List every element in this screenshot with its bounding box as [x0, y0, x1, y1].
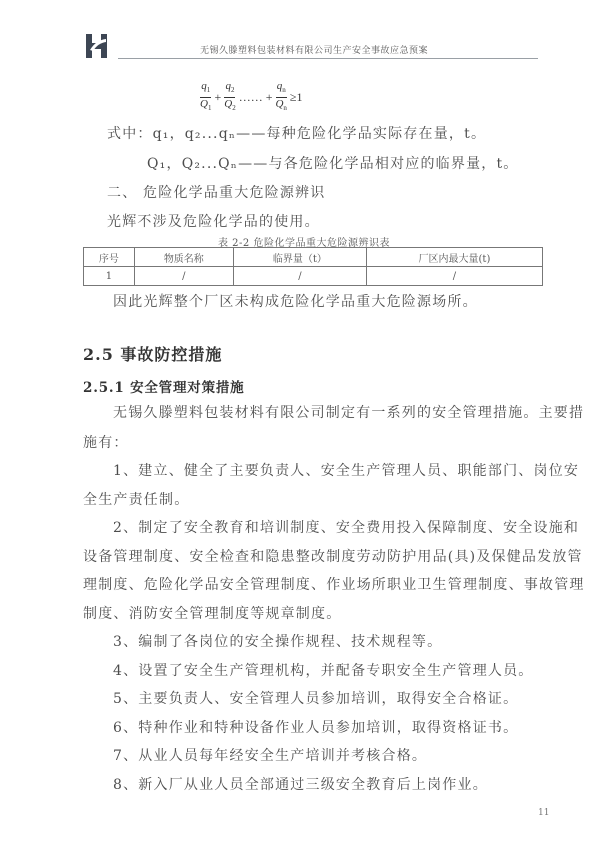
list-item-continuation: 理制度、危险化学品安全管理制度、作业场所职业卫生管理制度、事故管理	[83, 575, 585, 595]
table-header-cell: 厂区内最大量(t)	[366, 248, 542, 267]
definition-q: 式中：q₁，q₂...qₙ——每种危险化学品实际存在量，t。	[107, 124, 486, 144]
page-number: 11	[538, 808, 549, 818]
document-header-title: 无锡久滕塑料包装材料有限公司生产安全事故应急预案	[200, 43, 428, 56]
critical-quantity-formula: q1 Q1 + q2 Q2 …… + qn Qn ≥1	[200, 80, 303, 115]
table-header-row: 序号 物质名称 临界量（t） 厂区内最大量(t)	[84, 248, 543, 267]
list-item-continuation: 设备管理制度、安全检查和隐患整改制度劳动防护用品(具)及保健品发放管	[83, 547, 583, 567]
list-item-continuation: 制度、消防安全管理制度等规章制度。	[83, 604, 341, 624]
header-divider	[118, 58, 538, 59]
table-cell: /	[134, 267, 233, 286]
table-cell: /	[233, 267, 366, 286]
table-cell: /	[366, 267, 542, 286]
section-heading: 2.5 事故防控措施	[83, 342, 222, 365]
list-item: 7、从业人员每年经安全生产培训并考核合格。	[113, 746, 427, 766]
list-item-continuation: 全生产责任制。	[83, 490, 189, 510]
table-header-cell: 临界量（t）	[233, 248, 366, 267]
list-item: 4、设置了安全生产管理机构，并配备专职安全生产管理人员。	[113, 661, 534, 681]
hazard-identification-table: 序号 物质名称 临界量（t） 厂区内最大量(t) 1 / / /	[83, 247, 543, 286]
list-item: 6、特种作业和特种设备作业人员参加培训，取得资格证书。	[113, 718, 518, 738]
fraction-n: qn Qn	[275, 80, 286, 115]
list-item: 2、制定了安全教育和培训制度、安全费用投入保障制度、安全设施和	[113, 518, 579, 538]
fraction-2: q2 Q2	[224, 80, 235, 115]
table-header-cell: 序号	[84, 248, 135, 267]
table-header-cell: 物质名称	[134, 248, 233, 267]
list-item: 8、新入厂从业人员全部通过三级安全教育后上岗作业。	[113, 775, 488, 795]
intro-line: 无锡久滕塑料包装材料有限公司制定有一系列的安全管理措施。主要措	[113, 403, 584, 423]
section-two-text: 光辉不涉及危险化学品的使用。	[107, 212, 320, 232]
definition-Q: Q₁，Q₂...Qₙ——与各危险化学品相对应的临界量，t。	[147, 154, 519, 174]
table-cell: 1	[84, 267, 135, 286]
list-item: 3、编制了各岗位的安全操作规程、技术规程等。	[113, 632, 442, 652]
list-item: 1、建立、健全了主要负责人、安全生产管理人员、职能部门、岗位安	[113, 461, 579, 481]
list-item: 5、主要负责人、安全管理人员参加培训，取得安全合格证。	[113, 689, 518, 709]
conclusion-text: 因此光辉整个厂区未构成危险化学品重大危险源场所。	[113, 292, 478, 312]
fraction-1: q1 Q1	[200, 80, 211, 115]
subsection-heading: 2.5.1 安全管理对策措施	[83, 376, 244, 396]
table-row: 1 / / /	[84, 267, 543, 286]
intro-line: 施有：	[83, 433, 129, 453]
company-logo-icon	[86, 34, 108, 58]
section-two-heading: 二、 危险化学品重大危险源辨识	[107, 183, 325, 203]
